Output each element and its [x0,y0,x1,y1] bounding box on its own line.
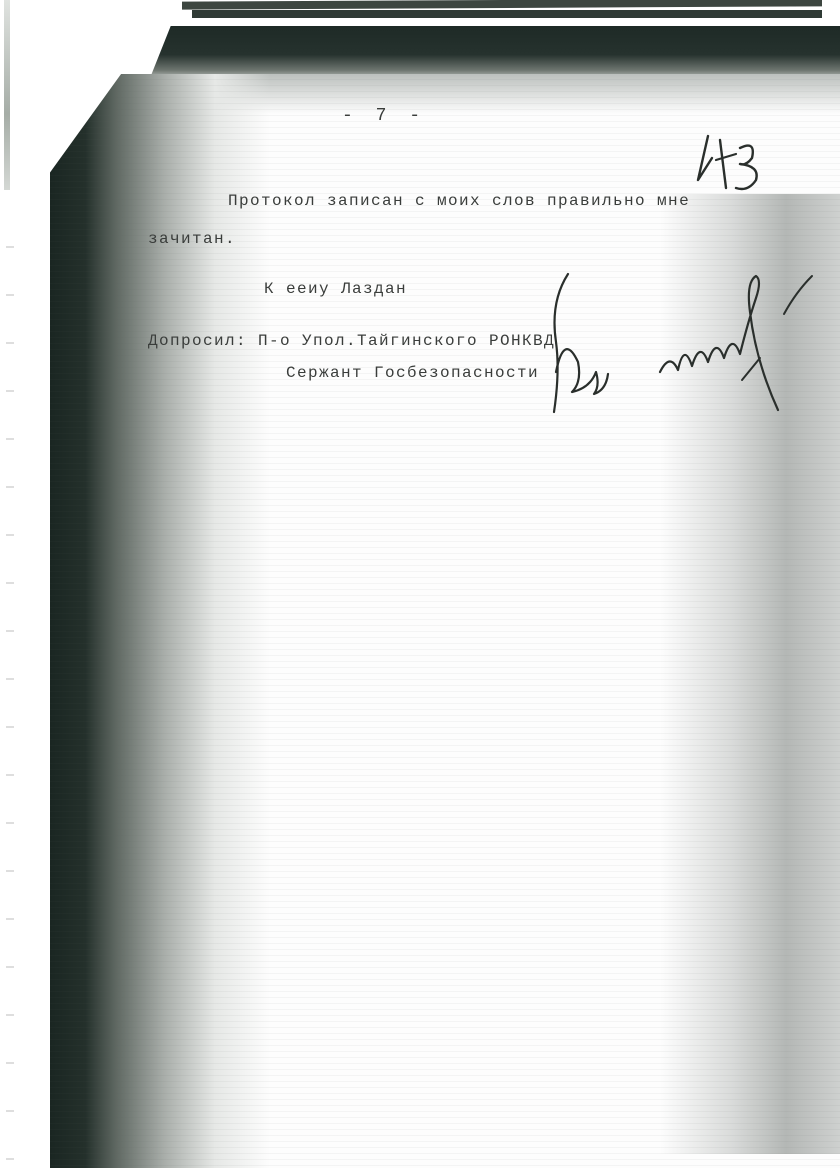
witness-name: К ееиу Лаздан [264,280,407,298]
handwritten-signature [520,262,820,432]
stacked-page-edge [192,10,822,18]
scanner-edge-strip [4,0,10,190]
handwritten-folio-number [690,118,780,198]
page-number: - 7 - [342,106,426,126]
stacked-page-edge [182,0,822,10]
scan-top-shadow-band [150,26,840,78]
scanner-edge-ticks [6,200,14,1160]
statement-line: зачитан. [148,230,236,248]
statement-line: Протокол записан с моих слов правильно м… [228,192,690,210]
interrogator-title: Допросил: П-о Упол.Тайгинского РОНКВД [148,332,555,350]
interrogator-rank: Сержант Госбезопасности [286,364,539,382]
